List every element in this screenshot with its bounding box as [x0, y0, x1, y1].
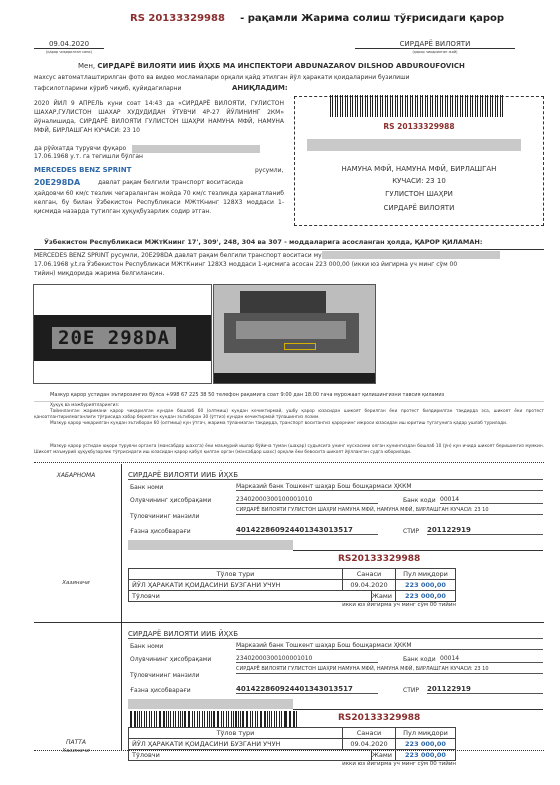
photo-caption-bar [214, 373, 375, 384]
rights-p1: Тайинланган жаримани қарор чиқарилган ку… [34, 409, 544, 420]
header-amount: Пул миқдори [396, 728, 456, 739]
cut-line [34, 462, 544, 463]
treasury-value: 401422860924401343013517 [236, 526, 378, 535]
registered-text: да рўйхатда турувчи фуқаро [34, 145, 126, 152]
total-caption: Жами [371, 591, 392, 601]
decision-line2: 17.06.1968 y.t.ra Ўзбекистон Республикас… [34, 261, 457, 268]
divider [293, 550, 543, 551]
vehicle-model: MERCEDES BENZ SPRINT [34, 166, 131, 174]
divider [34, 249, 544, 250]
decision-line3: тийин) миқдорида жарима белгилансин. [34, 270, 164, 277]
intro-line2: махсус автоматлаштирилган фото ва видео … [34, 74, 409, 81]
inspector-name: СИРДАРЁ ВИЛОЯТИ ИИБ ЙҲХБ МА ИНСПЕКТОРИ A… [97, 62, 464, 70]
intro-line3: тафсилотларини кўриб чиқиб, қуйидагиларн… [34, 85, 181, 92]
payer-address-label: Тўловчининг манзили [130, 513, 199, 520]
page-title: RS 20133329988 - рақамли Жарима солиш тў… [130, 13, 504, 24]
bank-value: Марказий банк Тошкент шаҳар Бош бошқарма… [236, 483, 543, 491]
barcode-icon [330, 95, 505, 117]
plate-text: 20E 298DA [52, 327, 176, 349]
vehicle-body [240, 291, 326, 313]
title-text: - рақамли Жарима солиш тўғрисидаги қарор [240, 13, 504, 24]
violation-text: ҳайдовчи 60 км/с тезлик чегараланган жой… [34, 189, 284, 216]
payer-label: Тўловчи [132, 592, 160, 600]
payment-date: 09.04.2020 [343, 739, 396, 750]
treasury-label: Ғазна ҳисобварағи [130, 528, 191, 535]
payer-address-label: Тўловчининг манзили [130, 672, 199, 679]
payer-address-value: СИРДАРЁ ВИЛОЯТИ ГУЛИСТОН ШАҲРИ НАМУНА МФ… [236, 666, 543, 674]
total-amount: 223 000,00 [396, 591, 456, 602]
rights-p2: Мазкур қарор чиқарилган кундан эътиборан… [34, 421, 544, 427]
slip-cashier: Хазиначи [40, 580, 112, 586]
header-date: Санаси [343, 569, 396, 580]
payment-slip: ПАТТА Хазиначи СИРДАРЁ ВИЛОЯТИ ИИБ ЙҲХБ … [0, 626, 560, 785]
stir-label: СТИР [403, 528, 419, 535]
box-line3: ГУЛИСТОН ШАҲРИ [295, 190, 543, 198]
plate-photo: 20E 298DA [33, 284, 212, 384]
payment-amount: 223 000,00 [396, 580, 456, 591]
decision-place: СИРДАРЁ ВИЛОЯТИ [355, 40, 515, 49]
intro-me: Мен, [78, 62, 95, 70]
table-total-row: Тўловчи Жами 223 000,00 [129, 591, 456, 602]
divider [293, 709, 543, 710]
payer-label: Тўловчи [132, 751, 160, 759]
payment-type: ЙЎЛ ҲАРАКАТИ ҚОИДАСИНИ БУЗГАНИ УЧУН [129, 739, 343, 750]
stir-value: 201122919 [427, 685, 543, 694]
plate-crop: 20E 298DA [34, 315, 211, 361]
box-line1: НАМУНА МФЙ, НАМУНА МФЙ, БИРЛАШГАН [295, 165, 543, 173]
payment-slip: ХАБАРНОМА Хазиначи СИРДАРЁ ВИЛОЯТИ ИИБ Й… [0, 467, 560, 627]
plate-suffix: давлат рақам белгили транспорт воситасид… [98, 179, 243, 186]
decision-line1: MERCEDES BENZ SPRINT русумли, 20E298DA д… [34, 252, 345, 259]
bank-code-label: Банк коди [403, 656, 436, 663]
total-cell: Тўловчи Жами [129, 591, 396, 602]
payment-type: ЙЎЛ ҲАРАКАТИ ҚОИДАСИНИ БУЗГАНИ УЧУН [129, 580, 343, 591]
account-value: 23402000300100001010 [236, 655, 378, 663]
payer-address-value: СИРДАРЁ ВИЛОЯТИ ГУЛИСТОН ШАҲРИ НАМУНА МФ… [236, 507, 543, 515]
rights-p3: Мазкур қарор устидан юқори турувчи орган… [34, 444, 544, 455]
redacted-name [132, 145, 260, 153]
stir-label: СТИР [403, 687, 419, 694]
facts-text: 2020 ЙИЛ 9 АПРЕЛЬ куни соат 14:43 да «СИ… [34, 99, 284, 135]
model-suffix: русумли, [255, 167, 283, 174]
intro-line: Мен, СИРДАРЁ ВИЛОЯТИ ИИБ ЙҲХБ МА ИНСПЕКТ… [78, 62, 465, 70]
bank-label: Банк номи [130, 643, 163, 650]
vehicle-tailgate [236, 321, 346, 339]
header-date: Санаси [343, 728, 396, 739]
table-row: ЙЎЛ ҲАРАКАТИ ҚОИДАСИНИ БУЗГАНИ УЧУН 09.0… [129, 580, 456, 591]
slip-side-title: ПАТТА [40, 739, 112, 746]
rights-title: Ҳуқуқ ва мажбуриятларингиз: [50, 403, 119, 409]
slip-rs-number: RS20133329988 [338, 713, 420, 723]
bank-code-label: Банк коди [403, 497, 436, 504]
birth-line: 17.06.1968 у.т. га тегишли бўлган [34, 153, 143, 160]
redacted-owner [322, 251, 500, 259]
vehicle-photo [213, 284, 376, 384]
amount-words: икки юз йигирма уч минг сўм 00 тийин [300, 761, 456, 767]
determined-label: АНИҚЛАДИМ: [232, 84, 288, 92]
bank-value: Марказий банк Тошкент шаҳар Бош бошқарма… [236, 642, 543, 650]
total-amount: 223 000,00 [396, 750, 456, 761]
amount-words: икки юз йигирма уч минг сўм 00 тийин [300, 602, 456, 608]
rs-number: RS 20133329988 [130, 13, 225, 24]
box-line2: КУЧАСИ: 23 10 [295, 177, 543, 185]
decision-heading: Ўзбекистон Республикаси МЖтКнинг 17', 30… [44, 238, 482, 246]
treasury-label: Ғазна ҳисобварағи [130, 687, 191, 694]
contact-text: Мазкур қарор устидан эътирозингиз бўлса … [50, 392, 444, 398]
header-payment-type: Тўлов тури [129, 728, 343, 739]
payment-table: Тўлов тури Санаси Пул миқдори ЙЎЛ ҲАРАКА… [128, 568, 456, 602]
slip-org: СИРДАРЁ ВИЛОЯТИ ИИБ ЙҲХБ [128, 471, 543, 480]
total-caption: Жами [371, 750, 392, 760]
address-box: RS 20133329988 НАМУНА МФЙ, НАМУНА МФЙ, Б… [294, 96, 544, 226]
box-line4: СИРДАРЁ ВИЛОЯТИ [295, 204, 543, 212]
stir-value: 201122919 [427, 526, 543, 535]
redacted-payer [128, 699, 293, 709]
slip-rs-number: RS20133329988 [338, 554, 420, 564]
place-caption: (қарор чиқарилган жой) [355, 50, 515, 54]
treasury-value: 401422860924401343013517 [236, 685, 378, 694]
payment-table: Тўлов тури Санаси Пул миқдори ЙЎЛ ҲАРАКА… [128, 727, 456, 761]
total-cell: Тўловчи Жами [129, 750, 396, 761]
payment-amount: 223 000,00 [396, 739, 456, 750]
date-caption: (қарор чиқарилган сана) [34, 50, 104, 54]
header-payment-type: Тўлов тури [129, 569, 343, 580]
table-total-row: Тўловчи Жами 223 000,00 [129, 750, 456, 761]
vehicle-plate: 20E298DA [34, 178, 80, 187]
registered-line: да рўйхатда турувчи фуқаро [34, 144, 284, 153]
box-rs-number: RS 20133329988 [295, 122, 543, 131]
redacted-recipient [307, 139, 521, 151]
payment-date: 09.04.2020 [343, 580, 396, 591]
slip-side-title: ХАБАРНОМА [40, 472, 112, 479]
account-label: Олувчининг ҳисобрақами [130, 656, 211, 663]
account-value: 23402000300100001010 [236, 496, 378, 504]
slip-org: СИРДАРЁ ВИЛОЯТИ ИИБ ЙҲХБ [128, 630, 543, 639]
bank-label: Банк номи [130, 484, 163, 491]
divider [34, 401, 544, 402]
slip-cashier: Хазиначи [40, 748, 112, 754]
redacted-payer [128, 540, 293, 550]
decision-date: 09.04.2020 [34, 40, 104, 49]
account-label: Олувчининг ҳисобрақами [130, 497, 211, 504]
bank-code-value: 00014 [440, 655, 543, 663]
bank-code-value: 00014 [440, 496, 543, 504]
table-row: ЙЎЛ ҲАРАКАТИ ҚОИДАСИНИ БУЗГАНИ УЧУН 09.0… [129, 739, 456, 750]
header-amount: Пул миқдори [396, 569, 456, 580]
plate-highlight [284, 343, 316, 350]
barcode-icon [130, 711, 298, 728]
